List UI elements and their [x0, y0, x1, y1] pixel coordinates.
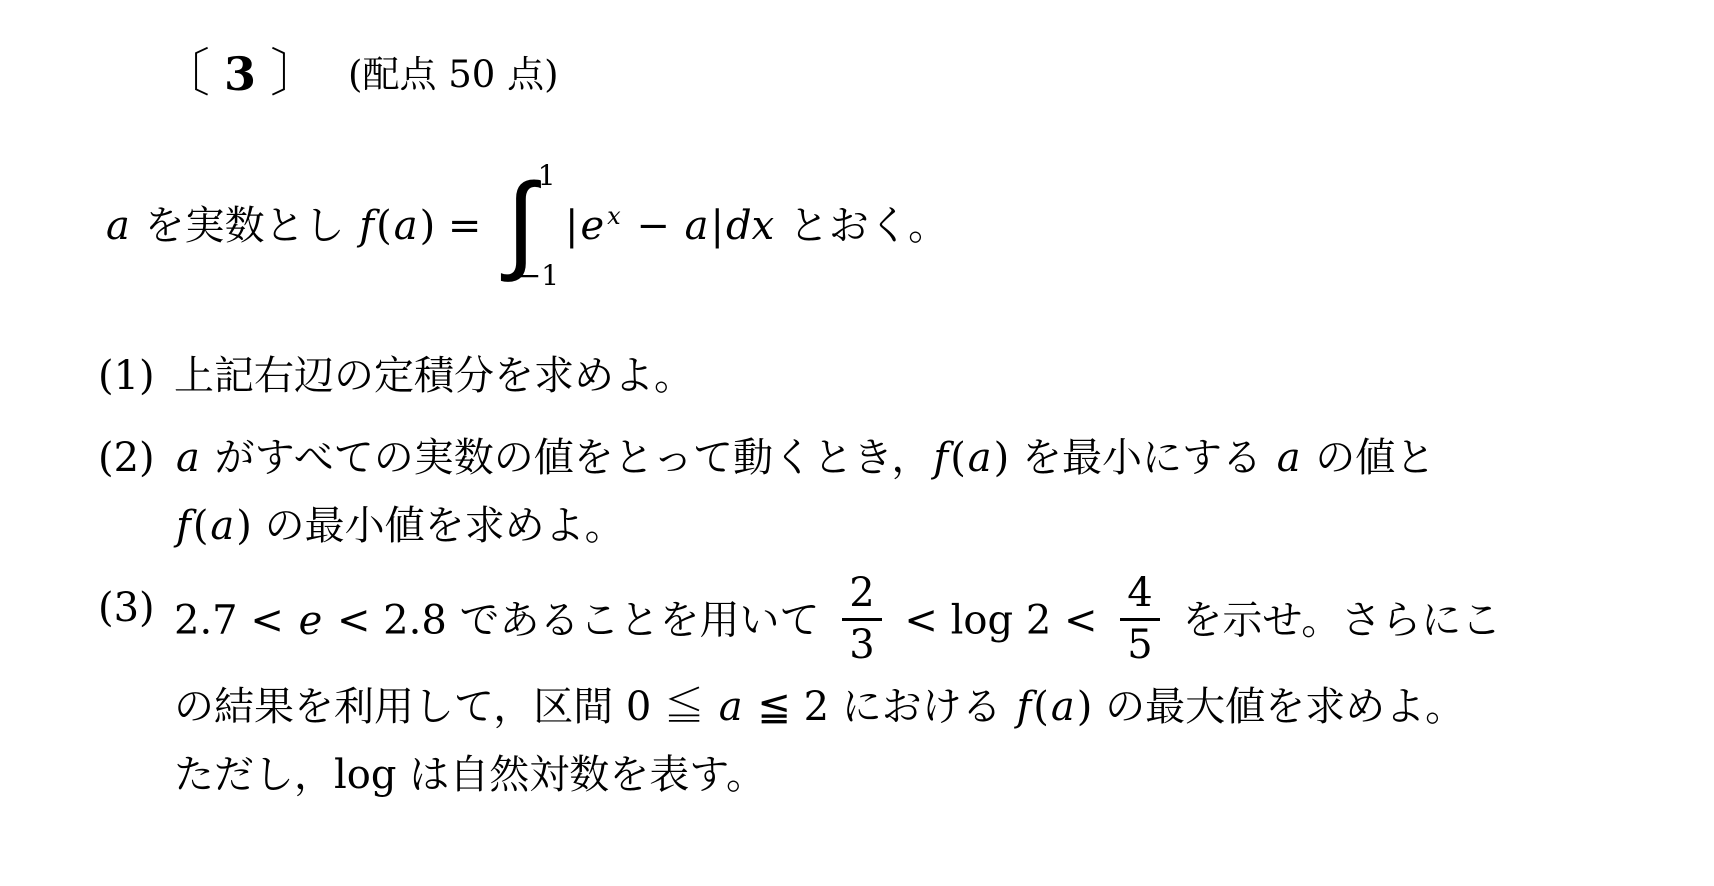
math-variable: a [392, 203, 420, 249]
math-variable: a [208, 503, 236, 549]
question-1: (1) 上記右辺の定積分を求めよ。 [98, 342, 1578, 410]
math-variable: a [683, 203, 711, 249]
text-line: ただし，log は自然対数を表す。 [174, 741, 1578, 809]
text-segment: の最大値を求めよ。 [1092, 684, 1465, 730]
fraction-denominator: 5 [1120, 618, 1159, 669]
text-segment: < 2.8 であることを用いて [324, 598, 832, 644]
text-line: a がすべての実数の値をとって動くとき，f(a) を最小にする a の値と [174, 424, 1578, 492]
question-3: (3) 2.7 < e < 2.8 であることを用いて 23 < log 2 <… [98, 574, 1578, 809]
math-variable: f [1014, 684, 1033, 730]
fraction-denominator: 3 [842, 618, 881, 669]
text-segment: ) [994, 435, 1010, 481]
text-segment: 上記右辺の定積分を求めよ。 [174, 353, 694, 399]
text-line: 上記右辺の定積分を求めよ。 [174, 342, 1578, 410]
integral-symbol: ∫1−1 [506, 160, 559, 294]
question-1-text: 上記右辺の定積分を求めよ。 [174, 342, 1578, 410]
problem-statement: a を実数とし f(a) = ∫1−1|ex − a|dx とおく。 [104, 162, 1578, 296]
fraction-numerator: 2 [842, 570, 881, 618]
text-segment: ) = [420, 203, 495, 249]
question-3-text: 2.7 < e < 2.8 であることを用いて 23 < log 2 < 45 … [174, 574, 1578, 809]
math-variable: a [174, 435, 202, 481]
math-variable: f [931, 435, 950, 481]
question-2-label: (2) [98, 424, 174, 560]
text-segment: ( [950, 435, 966, 481]
integral-lower-limit: −1 [518, 262, 559, 290]
math-variable: f [357, 203, 376, 249]
text-segment: 2.7 < [174, 598, 297, 644]
text-line: の結果を利用して，区間 0 ≦ a ≦ 2 における f(a) の最大値を求めよ… [174, 673, 1578, 741]
problem-header: 〔 3 〕 (配点 50 点) [158, 34, 1578, 114]
text-segment: < log 2 < [892, 598, 1111, 644]
text-segment: を示せ。さらにこ [1170, 598, 1502, 644]
bracket-left: 〔 [158, 48, 210, 100]
math-variable: e [297, 598, 325, 644]
text-line: 2.7 < e < 2.8 であることを用いて 23 < log 2 < 45 … [174, 574, 1578, 673]
integral-limits: 1−1 [536, 160, 559, 294]
math-variable: dx [724, 203, 776, 249]
text-segment: を実数とし [132, 203, 357, 249]
math-variable: a [1049, 684, 1077, 730]
text-segment: ( [193, 503, 209, 549]
text-segment: | [565, 203, 578, 249]
question-1-label: (1) [98, 342, 174, 410]
question-3-label: (3) [98, 574, 174, 809]
question-2: (2) a がすべての実数の値をとって動くとき，f(a) を最小にする a の値… [98, 424, 1578, 560]
text-segment: ) [236, 503, 252, 549]
text-segment: ) [1077, 684, 1093, 730]
math-variable: a [966, 435, 994, 481]
fraction: 45 [1120, 570, 1159, 669]
math-variable: a [104, 203, 132, 249]
math-variable: f [174, 503, 193, 549]
text-segment: | [711, 203, 724, 249]
text-segment: の値と [1303, 435, 1436, 481]
text-segment: とおく。 [776, 203, 948, 249]
math-variable: a [717, 684, 745, 730]
superscript: x [607, 202, 621, 230]
text-segment: ≦ 2 における [745, 684, 1015, 730]
fraction: 23 [842, 570, 881, 669]
exam-page: 〔 3 〕 (配点 50 点) a を実数とし f(a) = ∫1−1|ex −… [0, 0, 1618, 809]
text-segment: の最小値を求めよ。 [252, 503, 625, 549]
text-segment: ( [1033, 684, 1049, 730]
bracket-right: 〕 [270, 48, 322, 100]
question-2-text: a がすべての実数の値をとって動くとき，f(a) を最小にする a の値と f(… [174, 424, 1578, 560]
text-segment: の結果を利用して，区間 0 ≦ [174, 684, 717, 730]
text-segment: を最小にする [1009, 435, 1274, 481]
math-variable: a [1275, 435, 1303, 481]
text-segment: ただし，log は自然対数を表す。 [174, 752, 766, 798]
math-variable: e [579, 203, 607, 249]
points-note: (配点 50 点) [348, 56, 558, 93]
text-segment: − [624, 203, 683, 249]
question-list: (1) 上記右辺の定積分を求めよ。 (2) a がすべての実数の値をとって動くと… [98, 342, 1578, 809]
integral-upper-limit: 1 [538, 162, 556, 190]
text-segment: ( [376, 203, 392, 249]
fraction-numerator: 4 [1120, 570, 1159, 618]
problem-number: 3 [224, 51, 256, 97]
text-line: f(a) の最小値を求めよ。 [174, 492, 1578, 560]
text-segment: がすべての実数の値をとって動くとき， [202, 435, 932, 481]
